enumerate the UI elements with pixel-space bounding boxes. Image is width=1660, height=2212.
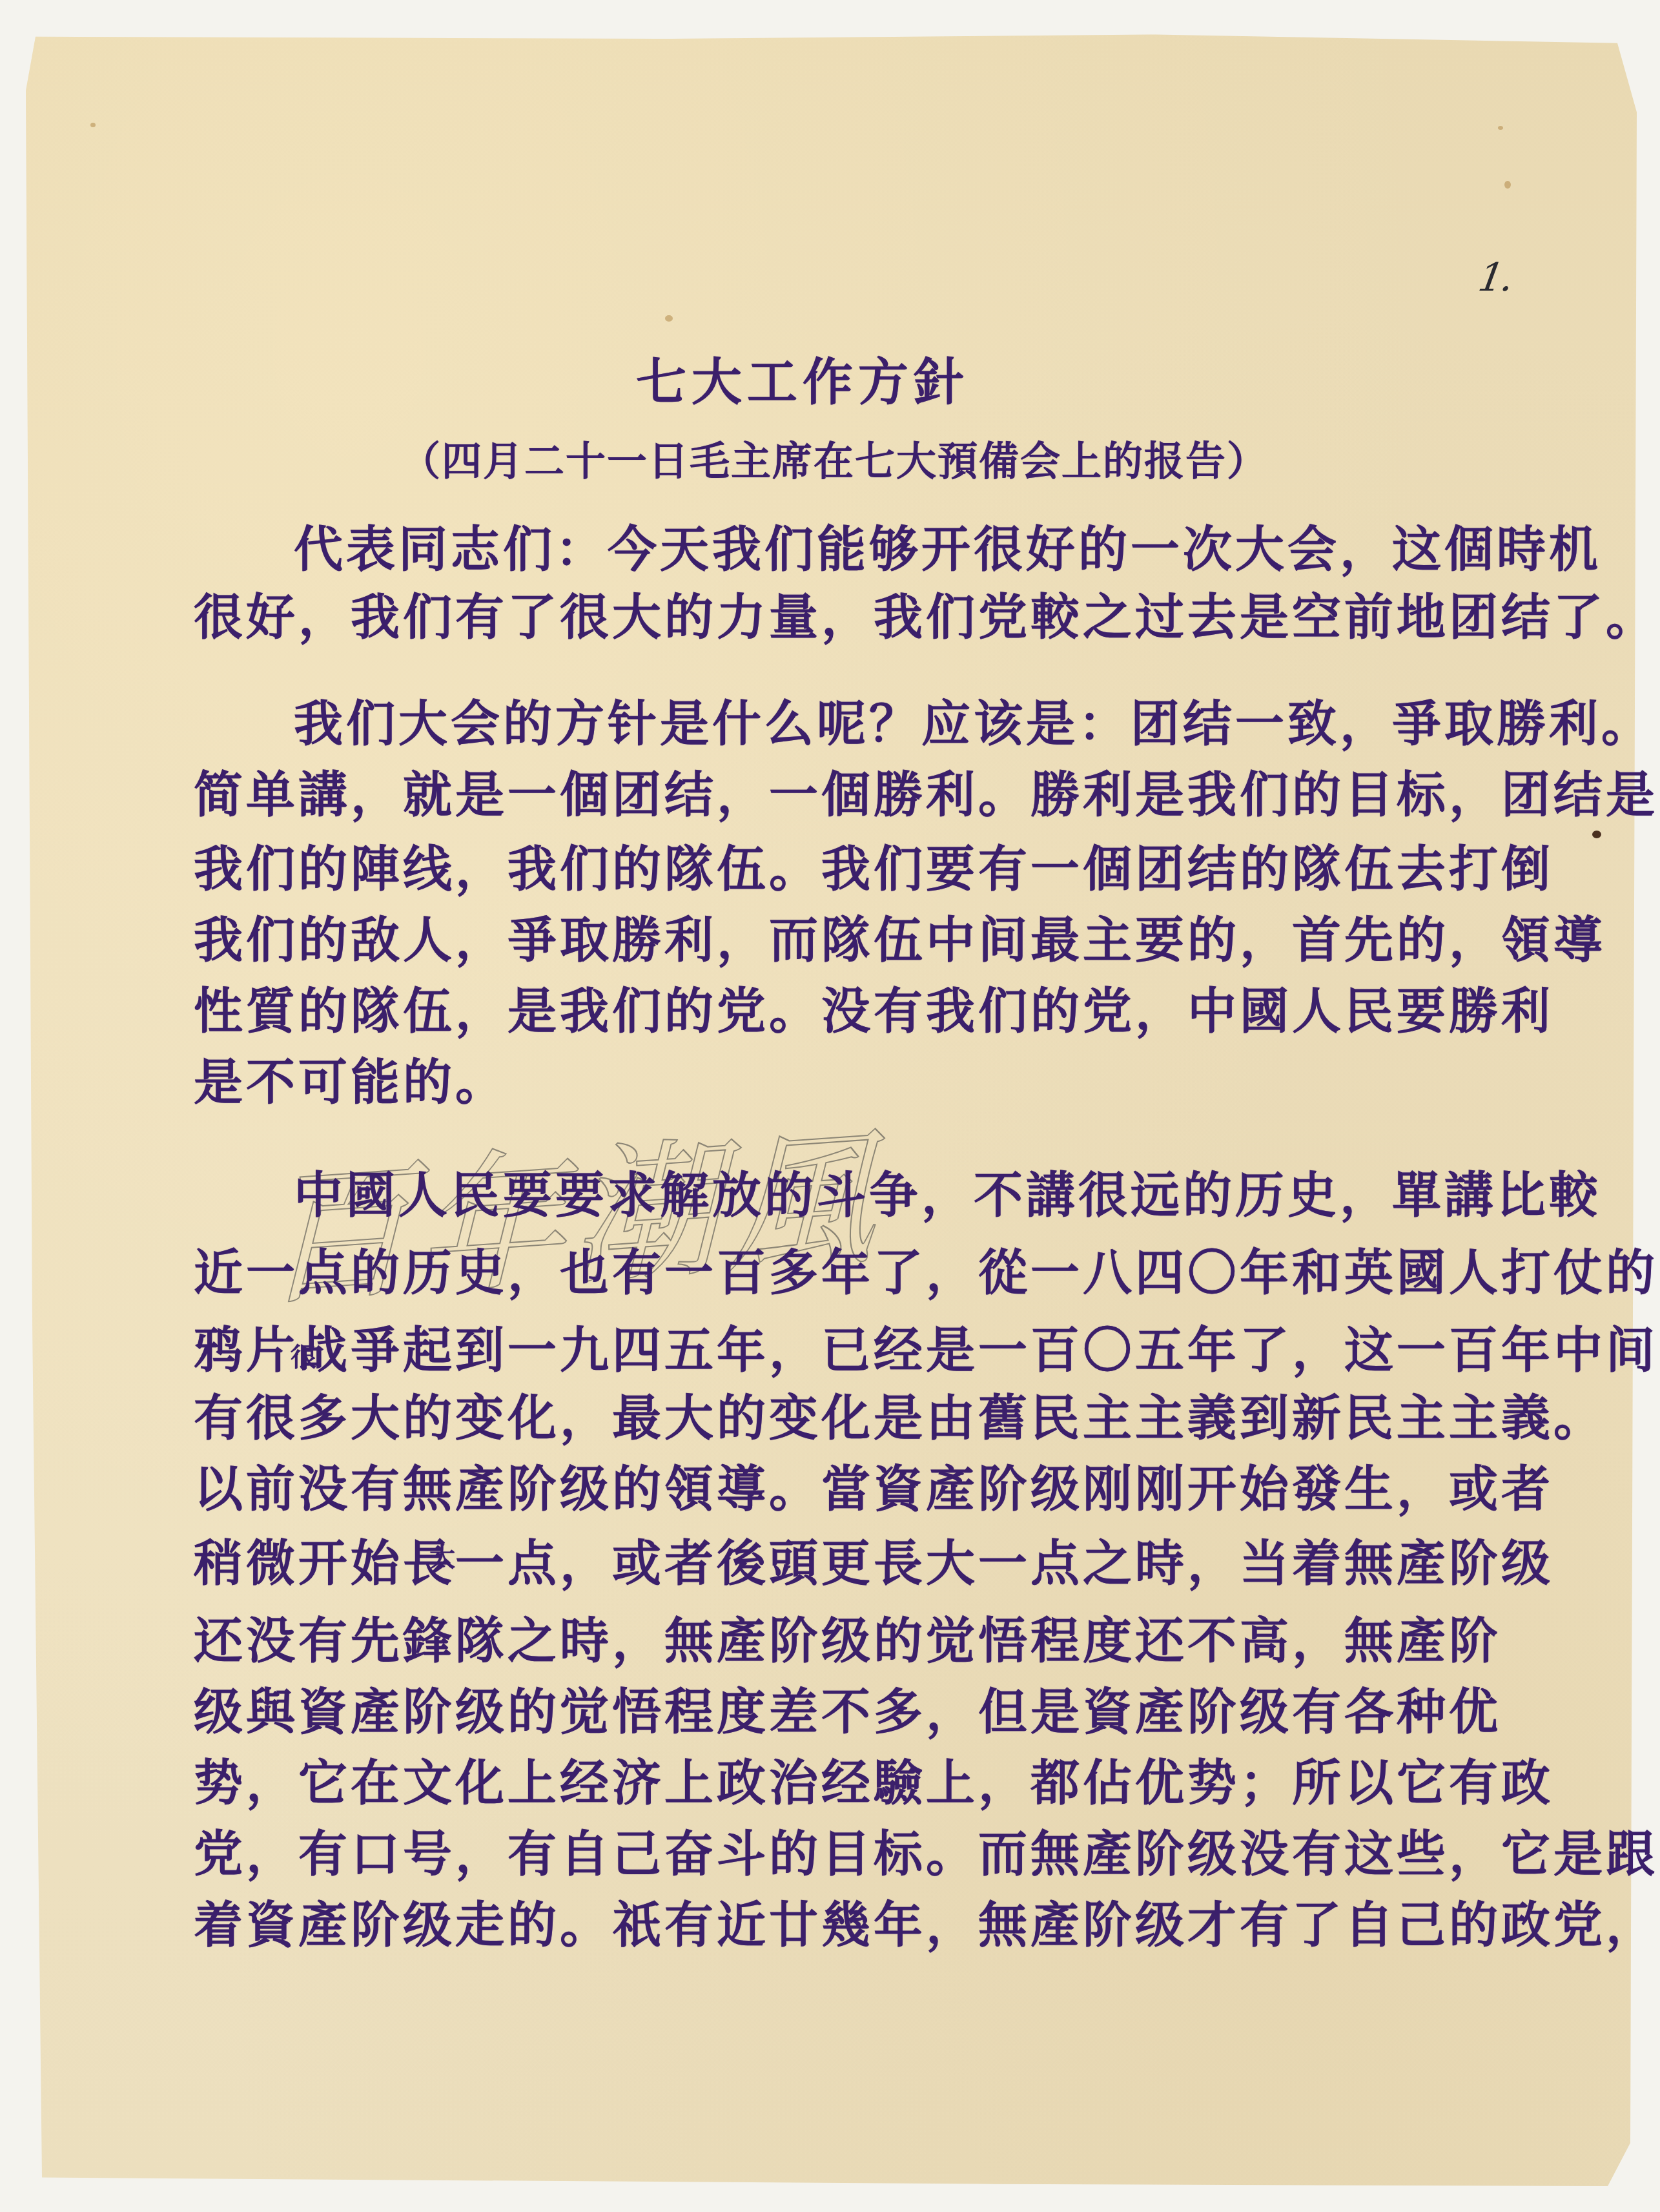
document-title: 七大工作方針 [636, 342, 969, 415]
text-line: 着資產阶级走的。祇有近廿幾年，無產阶级才有了自己的政党， [194, 1886, 1658, 1956]
text-line: 中國人民要要求解放的斗争，不講很远的历史，單講比較 [294, 1156, 1601, 1226]
ink-spot [1592, 831, 1601, 838]
text-line: 势，它在文化上经济上政治经驗上，都佔优势；所以它有政 [194, 1744, 1553, 1814]
text-line: 有很多大的变化，最大的变化是由舊民主主義到新民主主義。 [194, 1379, 1606, 1449]
text-line: 我们的敌人，爭取勝利，而隊伍中间最主要的，首先的，領導 [194, 901, 1606, 971]
text-line: 鸦片战爭起到一九四五年，已经是一百〇五年了，这一百年中间， [194, 1311, 1660, 1381]
text-line: 简单講，就是一個团结，一個勝利。勝利是我们的目标，团结是 [194, 756, 1658, 826]
paper-speck [1504, 181, 1511, 189]
paper-speck [90, 123, 96, 127]
text-line: 还没有先鋒隊之時，無產阶级的觉悟程度还不高，無產阶 [194, 1602, 1501, 1672]
document-subtitle: （四月二十一日毛主席在七大預備会上的报告） [400, 429, 1268, 487]
text-line: 是不可能的。 [194, 1043, 507, 1113]
text-line: 代表同志们：今天我们能够开很好的一次大会，这個時机 [294, 510, 1601, 581]
text-line: 近一点的历史，也有一百多年了，從一八四〇年和英國人打仗的 [194, 1234, 1658, 1304]
paper-speck [665, 315, 673, 322]
text-line: 性質的隊伍，是我们的党。没有我们的党，中國人民要勝利 [194, 972, 1553, 1042]
text-line: 党，有口号，有自己奋斗的目标。而無產阶级没有这些，它是跟 [194, 1815, 1658, 1885]
text-line: 以前没有無產阶级的領導。當資產阶级刚刚开始發生，或者 [194, 1450, 1553, 1520]
text-line: 我们的陣线，我们的隊伍。我们要有一個团结的隊伍去打倒 [194, 830, 1553, 900]
text-line: 级與資產阶级的觉悟程度差不多，但是資產阶级有各种优 [194, 1673, 1501, 1743]
text-line: 稍微开始長一点，或者後頭更長大一点之時，当着無產阶级 [194, 1524, 1553, 1595]
text-line: 我们大会的方针是什么呢？应该是：团结一致，爭取勝利。 [294, 685, 1654, 755]
insertion-mark: 很 [291, 1337, 316, 1374]
text-line: 很好，我们有了很大的力量，我们党較之过去是空前地团结了。 [194, 578, 1658, 648]
paper-speck [1498, 126, 1503, 130]
